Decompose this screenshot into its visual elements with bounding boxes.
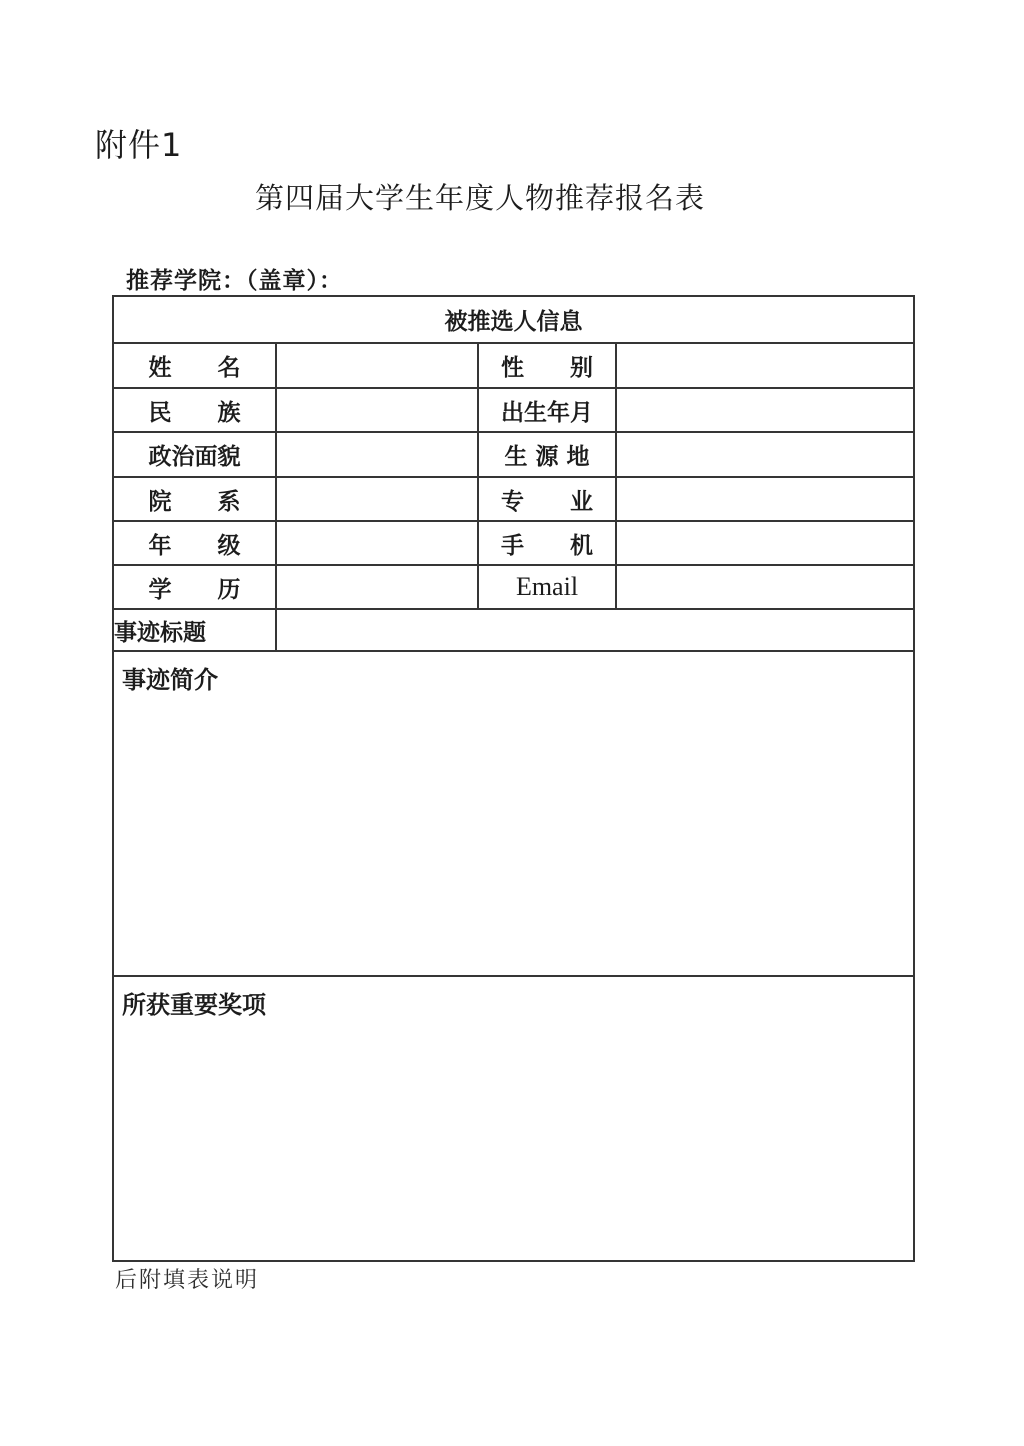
deed-title-label: 事迹标题 [113, 609, 276, 651]
mobile-field[interactable] [616, 521, 914, 565]
major-field[interactable] [616, 477, 914, 521]
grade-field[interactable] [276, 521, 478, 565]
awards-field[interactable]: 所获重要奖项 [113, 976, 914, 1261]
recommending-college-stamp-label: 推荐学院：（盖章）： [126, 262, 343, 295]
table-row: 所获重要奖项 [113, 976, 914, 1261]
table-row: 民 族 出生年月 [113, 388, 914, 432]
awards-label: 所获重要奖项 [114, 977, 266, 1020]
ethnicity-field[interactable] [276, 388, 478, 432]
email-label: Email [478, 565, 616, 609]
deed-title-field[interactable] [276, 609, 914, 651]
section-header: 被推选人信息 [113, 296, 914, 343]
mobile-label: 手 机 [478, 521, 616, 565]
table-row: 事迹标题 [113, 609, 914, 651]
education-label: 学 历 [113, 565, 276, 609]
origin-place-field[interactable] [616, 432, 914, 477]
department-field[interactable] [276, 477, 478, 521]
name-label: 姓 名 [113, 343, 276, 388]
table-row: 姓 名 性 别 [113, 343, 914, 388]
table-row: 年 级 手 机 [113, 521, 914, 565]
attachment-label: 附件1 [95, 120, 182, 166]
name-field[interactable] [276, 343, 478, 388]
gender-label: 性 别 [478, 343, 616, 388]
department-label: 院 系 [113, 477, 276, 521]
origin-place-label: 生 源 地 [478, 432, 616, 477]
email-field[interactable] [616, 565, 914, 609]
table-row: 事迹简介 [113, 651, 914, 976]
table-row: 学 历 Email [113, 565, 914, 609]
deed-intro-label: 事迹简介 [114, 652, 218, 695]
form-title: 第四届大学生年度人物推荐报名表 [255, 176, 705, 217]
table-row: 被推选人信息 [113, 296, 914, 343]
grade-label: 年 级 [113, 521, 276, 565]
birth-date-field[interactable] [616, 388, 914, 432]
nominee-info-table: 被推选人信息 姓 名 性 别 民 族 出生年月 政治面貌 生 源 地 [112, 295, 915, 1262]
political-status-field[interactable] [276, 432, 478, 477]
political-status-label: 政治面貌 [113, 432, 276, 477]
ethnicity-label: 民 族 [113, 388, 276, 432]
footer-note: 后附填表说明 [115, 1263, 259, 1294]
document-page: 附件1 第四届大学生年度人物推荐报名表 推荐学院：（盖章）： 被推选人信息 姓 … [0, 0, 1024, 1446]
major-label: 专 业 [478, 477, 616, 521]
gender-field[interactable] [616, 343, 914, 388]
table-row: 院 系 专 业 [113, 477, 914, 521]
birth-date-label: 出生年月 [478, 388, 616, 432]
education-field[interactable] [276, 565, 478, 609]
table-row: 政治面貌 生 源 地 [113, 432, 914, 477]
deed-intro-field[interactable]: 事迹简介 [113, 651, 914, 976]
